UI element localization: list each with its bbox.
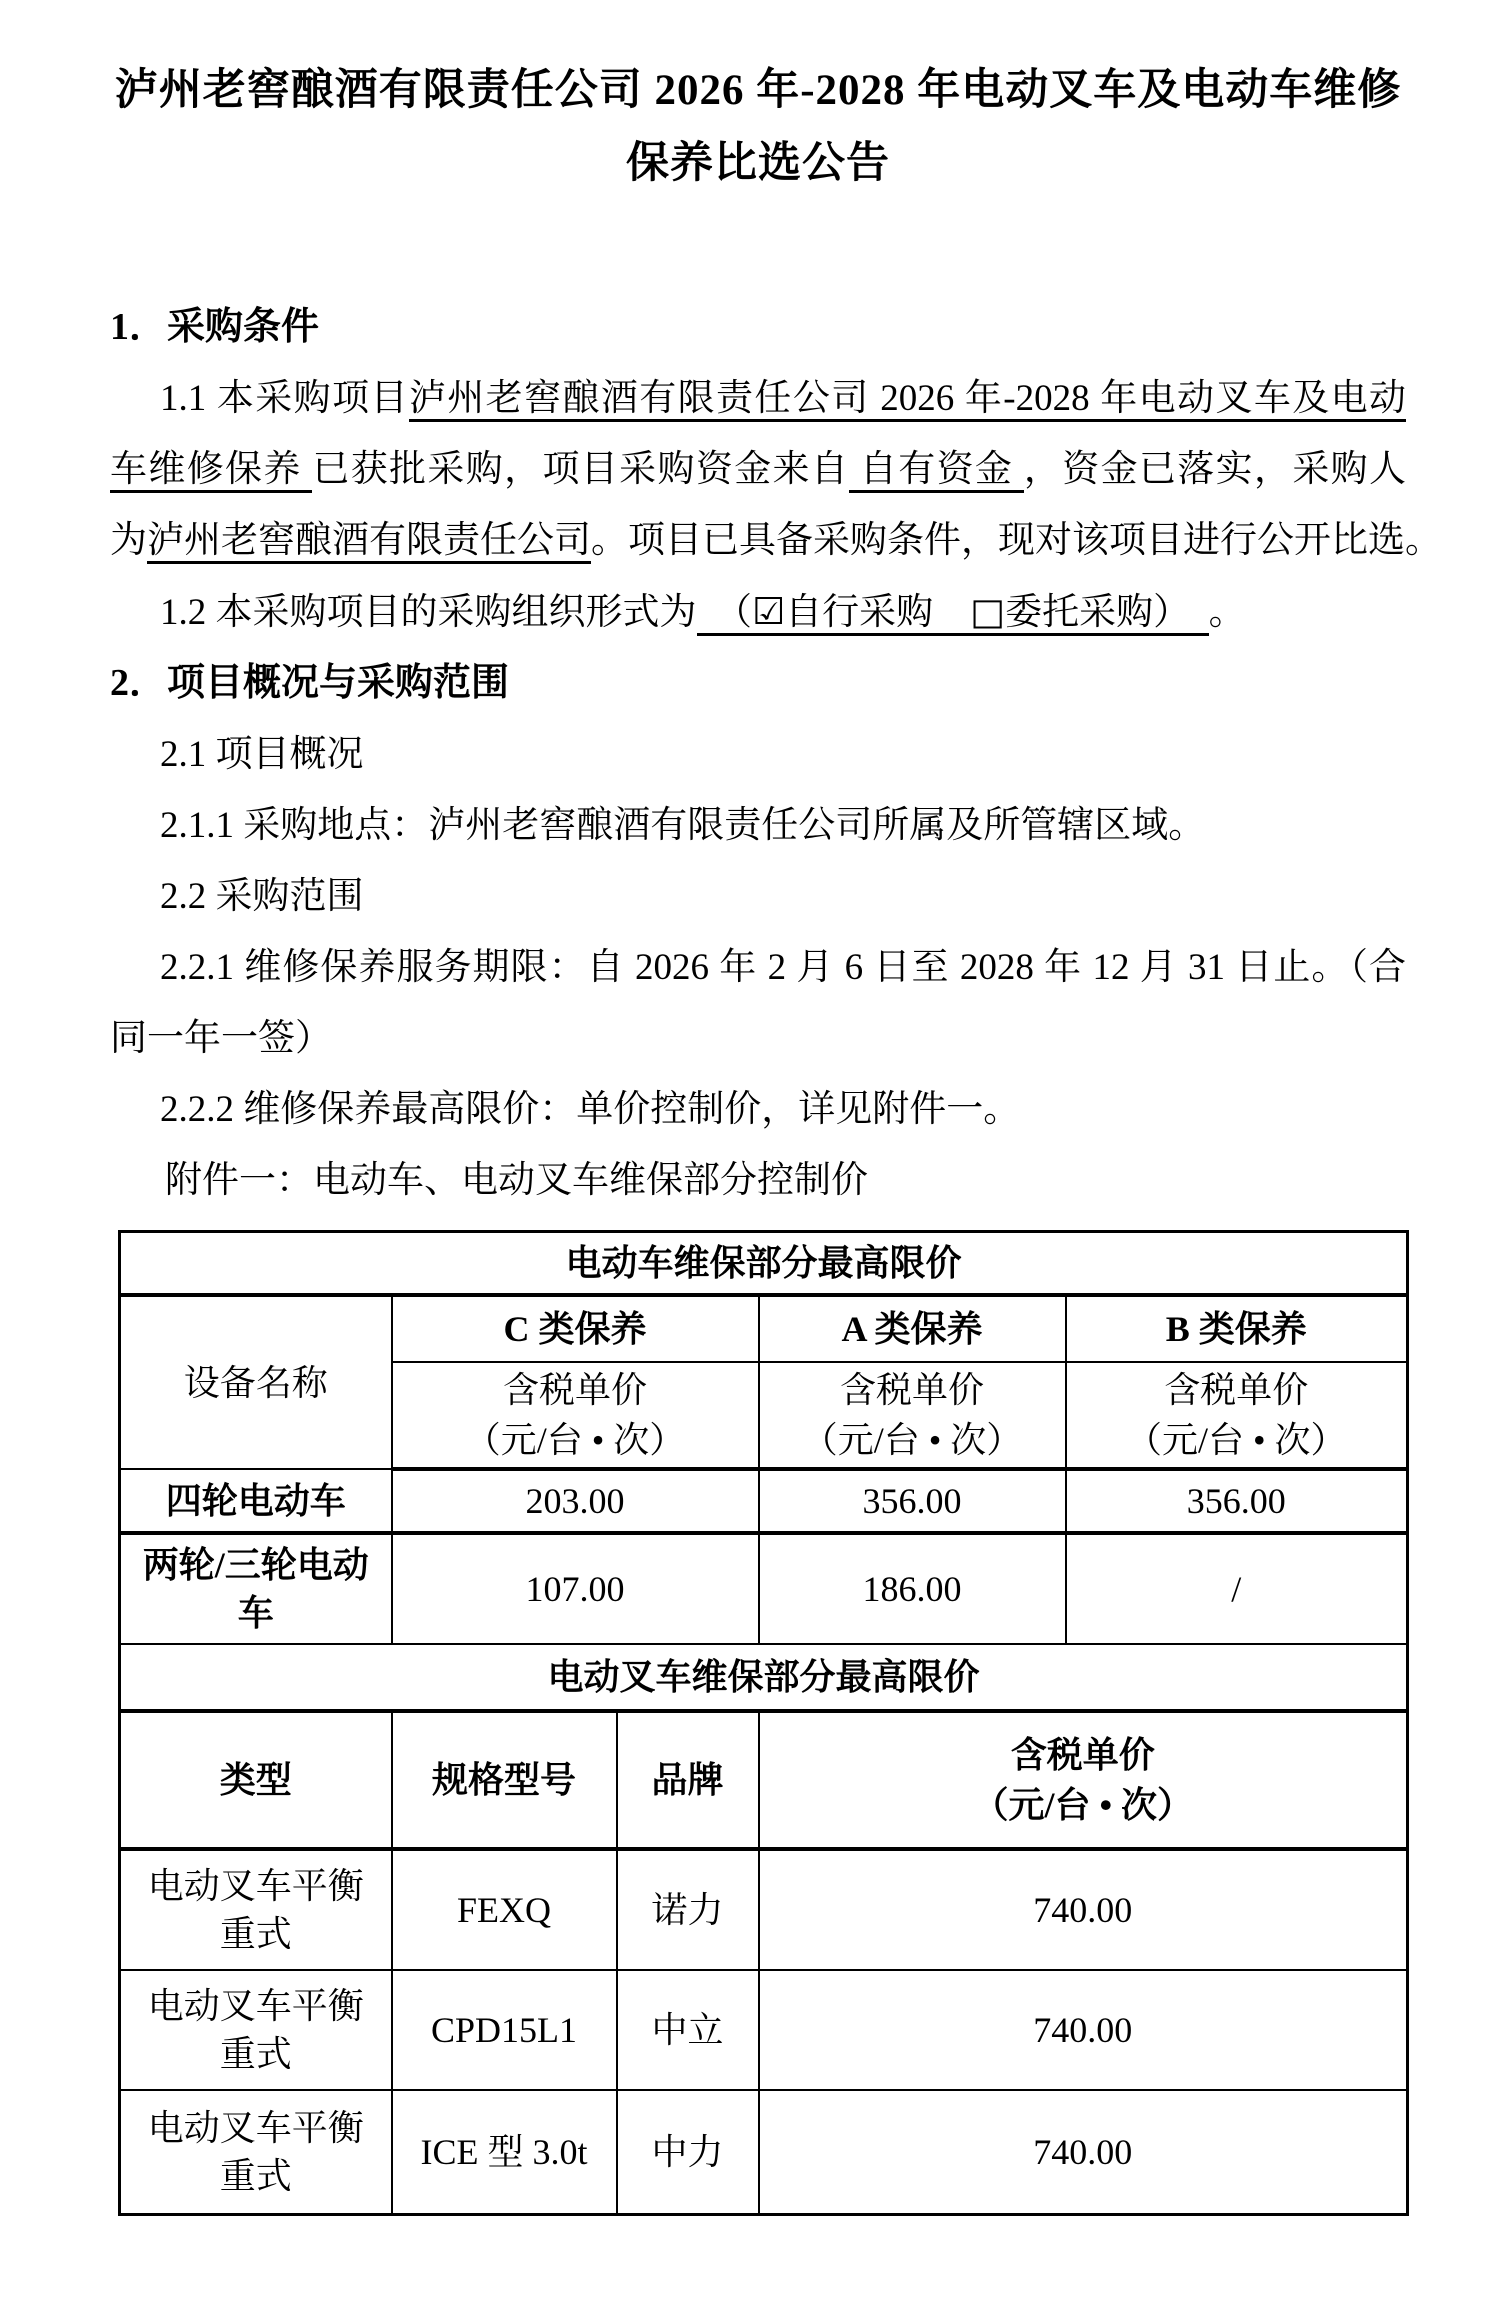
clause-1-1-text-approved: 已获批采购，项目采购资金来自 — [312, 449, 849, 490]
forklift-price: 740.00 — [759, 1849, 1408, 1970]
forklift-price: 740.00 — [759, 2090, 1408, 2215]
forklift-price-header: 含税单价 （元/台 • 次） — [759, 1711, 1408, 1849]
clause-1-1-text: 1.1 本采购项目 — [110, 378, 409, 419]
price-unit: （元/台 • 次） — [778, 1415, 1047, 1465]
ev-category-c-header: C 类保养 — [392, 1295, 759, 1362]
forklift-brand: 诺力 — [617, 1849, 759, 1970]
clause-1-2-underline: （☑自行采购 □委托采购） — [697, 592, 1209, 636]
ev-section-title-row: 电动车维保部分最高限价 — [120, 1232, 1408, 1296]
price-a: 186.00 — [759, 1533, 1066, 1644]
document-title-line2: 保养比选公告 — [110, 127, 1406, 200]
price-unit: （元/台 • 次） — [411, 1415, 740, 1465]
forklift-price: 740.00 — [759, 1970, 1408, 2090]
price-label: 含税单价 — [1085, 1365, 1389, 1415]
close-paren: ） — [1153, 592, 1209, 633]
price-a: 356.00 — [759, 1469, 1066, 1533]
clause-2-1: 2.1 项目概况 — [110, 719, 1406, 790]
clause-1-1-line-3: 为泸州老窖酿酒有限责任公司。项目已具备采购条件，现对该项目进行公开比选。 — [110, 505, 1406, 576]
ev-price-header-c: 含税单价 （元/台 • 次） — [392, 1362, 759, 1469]
document-title: 泸州老窖酿酒有限责任公司 2026 年-2028 年电动叉车及电动车维修 保养比… — [110, 54, 1406, 200]
document-page: 泸州老窖酿酒有限责任公司 2026 年-2028 年电动叉车及电动车维修 保养比… — [0, 0, 1500, 2311]
clause-1-2-period: 。 — [1209, 592, 1246, 633]
forklift-type: 电动叉车平衡重式 — [120, 1970, 392, 2090]
forklift-model: FEXQ — [392, 1849, 617, 1970]
device-name: 两轮/三轮电动车 — [120, 1533, 392, 1644]
price-unit: （元/台 • 次） — [778, 1780, 1389, 1830]
ev-row-two-three-wheel: 两轮/三轮电动车 107.00 186.00 / — [120, 1533, 1408, 1644]
forklift-type-header: 类型 — [120, 1711, 392, 1849]
option-self-procurement: 自行采购 — [785, 592, 933, 633]
ev-device-name-header: 设备名称 — [120, 1295, 392, 1469]
price-label: 含税单价 — [411, 1365, 740, 1415]
clause-2-2-1-line-2: 同一年一签） — [110, 1003, 1406, 1074]
forklift-model: CPD15L1 — [392, 1970, 617, 2090]
clause-1-1-text-buyer: 为 — [110, 520, 147, 561]
forklift-type: 电动叉车平衡重式 — [120, 2090, 392, 2215]
price-limit-table: 电动车维保部分最高限价 设备名称 C 类保养 A 类保养 B 类保养 含税单价 … — [118, 1230, 1409, 2216]
clause-1-1-underline-project: 泸州老窖酿酒有限责任公司 2026 年-2028 年电动叉车及电动 — [409, 378, 1406, 422]
clause-1-2: 1.2 本采购项目的采购组织形式为 （☑自行采购 □委托采购） 。 — [110, 576, 1406, 648]
open-paren: （ — [697, 592, 753, 633]
forklift-type: 电动叉车平衡重式 — [120, 1849, 392, 1970]
clause-2-1-1: 2.1.1 采购地点：泸州老窖酿酒有限责任公司所属及所管辖区域。 — [110, 790, 1406, 861]
price-unit: （元/台 • 次） — [1085, 1415, 1389, 1465]
clause-2-2-1-line-1: 2.2.1 维修保养服务期限：自 2026 年 2 月 6 日至 2028 年 … — [110, 932, 1406, 1003]
device-name: 四轮电动车 — [120, 1469, 392, 1533]
price-label: 含税单价 — [778, 1730, 1389, 1780]
clause-1-1-line-2: 车维修保养 已获批采购，项目采购资金来自 自有资金 ，资金已落实，采购人 — [110, 434, 1406, 505]
clause-1-1-underline-project-cont: 车维修保养 — [110, 449, 312, 493]
ev-category-a-header: A 类保养 — [759, 1295, 1066, 1362]
forklift-row-cpd15l1: 电动叉车平衡重式 CPD15L1 中立 740.00 — [120, 1970, 1408, 2090]
clause-2-2-2: 2.2.2 维修保养最高限价：单价控制价，详见附件一。 — [110, 1074, 1406, 1145]
checked-checkbox-icon: ☑ — [752, 590, 785, 633]
ev-category-header-row: 设备名称 C 类保养 A 类保养 B 类保养 — [120, 1295, 1408, 1362]
price-b: 356.00 — [1066, 1469, 1408, 1533]
clause-1-1-underline-funds: 自有资金 — [849, 449, 1024, 493]
section-2-heading: 2．项目概况与采购范围 — [110, 648, 1406, 719]
forklift-header-row: 类型 规格型号 品牌 含税单价 （元/台 • 次） — [120, 1711, 1408, 1849]
price-c: 203.00 — [392, 1469, 759, 1533]
price-b: / — [1066, 1533, 1408, 1644]
clause-2-2: 2.2 采购范围 — [110, 861, 1406, 932]
forklift-row-fexq: 电动叉车平衡重式 FEXQ 诺力 740.00 — [120, 1849, 1408, 1970]
forklift-brand-header: 品牌 — [617, 1711, 759, 1849]
forklift-brand: 中力 — [617, 2090, 759, 2215]
clause-1-1-text-conditions: 。项目已具备采购条件，现对该项目进行公开比选。 — [591, 520, 1442, 561]
ev-price-header-b: 含税单价 （元/台 • 次） — [1066, 1362, 1408, 1469]
ev-section-title: 电动车维保部分最高限价 — [120, 1232, 1408, 1296]
clause-1-1-line-1: 1.1 本采购项目泸州老窖酿酒有限责任公司 2026 年-2028 年电动叉车及… — [110, 363, 1406, 434]
forklift-brand: 中立 — [617, 1970, 759, 2090]
ev-category-b-header: B 类保养 — [1066, 1295, 1408, 1362]
forklift-section-title: 电动叉车维保部分最高限价 — [120, 1644, 1408, 1711]
section-1-heading: 1．采购条件 — [110, 292, 1406, 363]
clause-1-1-underline-company: 泸州老窖酿酒有限责任公司 — [147, 520, 591, 564]
clause-1-2-text: 1.2 本采购项目的采购组织形式为 — [160, 592, 697, 633]
unchecked-checkbox-icon: □ — [970, 590, 1005, 633]
option-entrusted-procurement: 委托采购 — [1005, 592, 1153, 633]
price-c: 107.00 — [392, 1533, 759, 1644]
clause-1-1-text-implemented: ，资金已落实，采购人 — [1024, 449, 1406, 490]
document-title-line1: 泸州老窖酿酒有限责任公司 2026 年-2028 年电动叉车及电动车维修 — [110, 54, 1406, 127]
forklift-model: ICE 型 3.0t — [392, 2090, 617, 2215]
ev-row-four-wheel: 四轮电动车 203.00 356.00 356.00 — [120, 1469, 1408, 1533]
forklift-section-title-row: 电动叉车维保部分最高限价 — [120, 1644, 1408, 1711]
price-label: 含税单价 — [778, 1365, 1047, 1415]
forklift-model-header: 规格型号 — [392, 1711, 617, 1849]
attachment-caption: 附件一：电动车、电动叉车维保部分控制价 — [110, 1145, 1406, 1216]
forklift-row-ice: 电动叉车平衡重式 ICE 型 3.0t 中力 740.00 — [120, 2090, 1408, 2215]
ev-price-header-a: 含税单价 （元/台 • 次） — [759, 1362, 1066, 1469]
